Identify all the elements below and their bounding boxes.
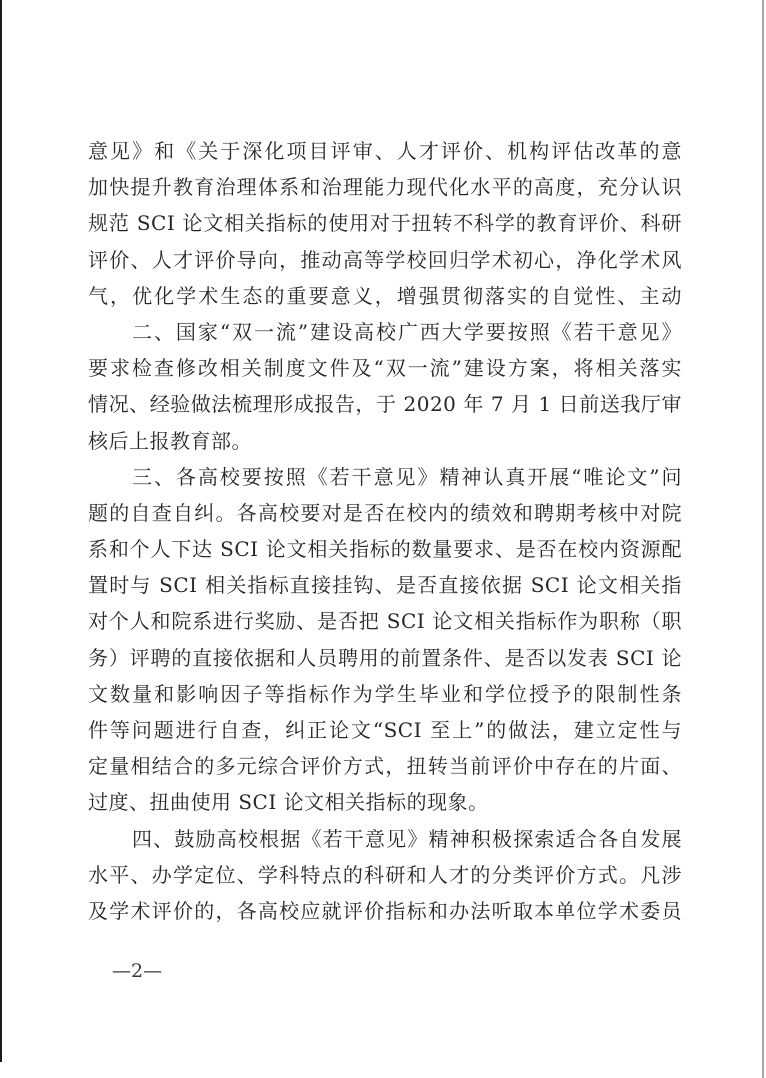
scan-edge-right — [762, 0, 764, 1078]
text-line: 规范 SCI 论文相关指标的使用对于扭转不科学的教育评价、科研 — [88, 205, 682, 241]
text-line: 及学术评价的，各高校应就评价指标和办法听取本单位学术委员 — [88, 893, 682, 929]
page-number: —2— — [112, 960, 162, 982]
text-line: 要求检查修改相关制度文件及“双一流”建设方案，将相关落实 — [88, 350, 682, 386]
text-line: 加快提升教育治理体系和治理能力现代化水平的高度，充分认识 — [88, 169, 682, 205]
text-line: 务）评聘的直接依据和人员聘用的前置条件、是否以发表 SCI 论 — [88, 640, 682, 676]
document-page: 意见》和《关于深化项目评审、人才评价、机构评估改革的意见》，加快提升教育治理体系… — [0, 0, 766, 1078]
text-line: 过度、扭曲使用 SCI 论文相关指标的现象。 — [88, 784, 682, 820]
text-line: 件等问题进行自查，纠正论文“SCI 至上”的做法，建立定性与 — [88, 712, 682, 748]
text-line: 情况、经验做法梳理形成报告，于 2020 年 7 月 1 日前送我厅审 — [88, 386, 682, 422]
scan-edge-left — [0, 0, 2, 1062]
text-line: 二、国家“双一流”建设高校广西大学要按照《若干意见》 — [88, 314, 682, 350]
text-line: 评价、人才评价导向，推动高等学校回归学术初心，净化学术风 — [88, 242, 682, 278]
text-line: 四、鼓励高校根据《若干意见》精神积极探索适合各自发展 — [88, 821, 682, 857]
text-line: 三、各高校要按照《若干意见》精神认真开展“唯论文”问 — [88, 459, 682, 495]
text-line: 意见》和《关于深化项目评审、人才评价、机构评估改革的意见》， — [88, 133, 682, 169]
text-line: 文数量和影响因子等指标作为学生毕业和学位授予的限制性条 — [88, 676, 682, 712]
text-line: 题的自查自纠。各高校要对是否在校内的绩效和聘期考核中对院 — [88, 495, 682, 531]
document-body: 意见》和《关于深化项目评审、人才评价、机构评估改革的意见》，加快提升教育治理体系… — [88, 133, 682, 929]
text-line: 置时与 SCI 相关指标直接挂钩、是否直接依据 SCI 论文相关指标 — [88, 567, 682, 603]
text-line: 对个人和院系进行奖励、是否把 SCI 论文相关指标作为职称（职 — [88, 603, 682, 639]
text-line: 定量相结合的多元综合评价方式，扭转当前评价中存在的片面、 — [88, 748, 682, 784]
text-line: 气，优化学术生态的重要意义，增强贯彻落实的自觉性、主动性。 — [88, 278, 682, 314]
text-line: 核后上报教育部。 — [88, 423, 682, 459]
text-line: 水平、办学定位、学科特点的科研和人才的分类评价方式。凡涉 — [88, 857, 682, 893]
text-line: 系和个人下达 SCI 论文相关指标的数量要求、是否在校内资源配 — [88, 531, 682, 567]
